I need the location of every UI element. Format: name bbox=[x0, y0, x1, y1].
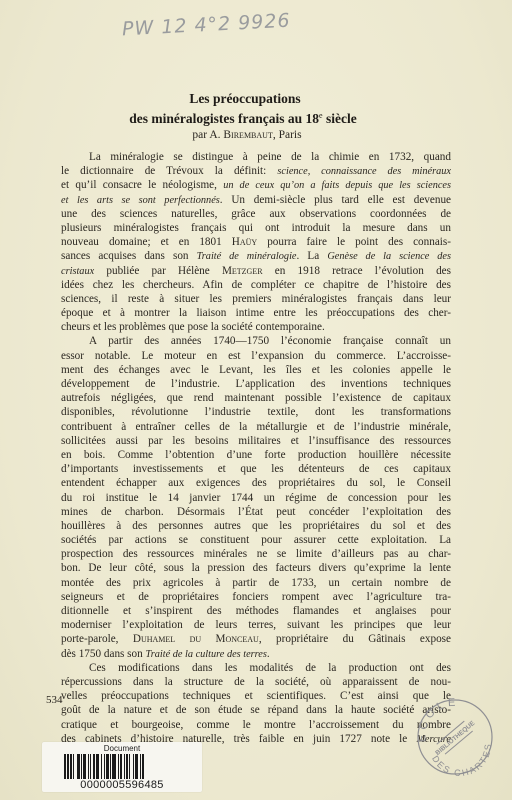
text-line: entendent échapper aux exigences des pro… bbox=[61, 476, 451, 490]
text-segment: le dictionnaire de Trévoux la définit: bbox=[61, 165, 277, 177]
title-text-suffix: siècle bbox=[323, 111, 357, 126]
handwritten-shelfmark: PW 12 4°2 9926 bbox=[122, 10, 291, 41]
text-line: porte-parole, Duhamel du Monceau, propri… bbox=[61, 632, 451, 646]
text-line: idées chez les chercheurs. Afin de compl… bbox=[61, 278, 451, 292]
text-line: houillères à des personnes autres que le… bbox=[61, 519, 451, 533]
text-line: essor notable. Le moteur en est l’expans… bbox=[61, 349, 451, 363]
text-segment: disponibles, révolutionne l’industrie te… bbox=[61, 406, 451, 418]
text-segment: houillères à des personnes autres que le… bbox=[61, 520, 451, 532]
small-caps-name: Haüy bbox=[232, 236, 257, 248]
text-line: répercussions dans la structure de la so… bbox=[61, 675, 451, 689]
barcode-label: Document bbox=[42, 744, 202, 753]
text-line: cheurs et les problèmes que pose la soci… bbox=[61, 320, 451, 334]
italic-text: cristaux bbox=[61, 266, 94, 277]
library-stamp-icon: ECOLE DES CHARTES BIBLIOTHEQUE bbox=[414, 696, 496, 778]
page-number: 534 bbox=[46, 694, 63, 706]
text-line: d’importants investissements et que les … bbox=[61, 462, 451, 476]
text-line: bon. De leur côté, sous la pression des … bbox=[61, 561, 451, 575]
text-segment: sciences, il reste à situer les premiers… bbox=[61, 293, 451, 305]
text-segment: pourra faire le point des connais- bbox=[257, 236, 451, 248]
author-byline: par A. Birembaut, Paris bbox=[0, 129, 503, 141]
text-segment: bon. De leur côté, sous la pression des … bbox=[61, 562, 451, 574]
text-segment: répercussions dans la structure de la so… bbox=[61, 676, 451, 688]
text-line: époque et à montrer la liaison intime en… bbox=[61, 306, 451, 320]
text-segment: . bbox=[267, 648, 270, 660]
article-title-line1: Les préoccupations bbox=[0, 90, 501, 107]
text-line: A partir des années 1740—1750 l’économie… bbox=[61, 334, 451, 348]
text-line: autrefois négligées, que rend maintenant… bbox=[61, 391, 451, 405]
text-segment: sollicitées aussi par les besoins milita… bbox=[61, 435, 451, 447]
text-segment: entendent échapper aux exigences des pro… bbox=[61, 477, 451, 489]
text-segment: et qu’il consacre le néologisme, bbox=[61, 179, 223, 191]
text-segment: en bois. Comme l’obtention d’une forte p… bbox=[61, 449, 451, 461]
text-segment: contribuent à entraîner celles de la mét… bbox=[61, 421, 451, 433]
text-segment: Ces modifications dans les modalités de … bbox=[89, 662, 451, 674]
text-line: développement de l’industrie. L’applicat… bbox=[61, 377, 451, 391]
text-line: moderniser l’exploitation de leurs terre… bbox=[61, 618, 451, 632]
text-line: ditionnelle et s’inspirent des méthodes … bbox=[61, 604, 451, 618]
text-line: mines de charbon. Désormais l’État peut … bbox=[61, 505, 451, 519]
text-segment: sociétés par actions se constituent pour… bbox=[61, 534, 451, 546]
italic-text: science, connaissance des minéraux bbox=[277, 166, 451, 177]
text-line: et qu’il consacre le néologisme, un de c… bbox=[61, 178, 451, 192]
text-segment: autrefois négligées, que rend maintenant… bbox=[61, 392, 451, 404]
stamp-center-text: BIBLIOTHEQUE bbox=[434, 719, 477, 756]
text-segment: La minéralogie se distingue à peine de l… bbox=[89, 151, 451, 163]
text-segment: développement de l’industrie. L’applicat… bbox=[61, 378, 451, 390]
text-line: sances acquises dans son Traité de minér… bbox=[61, 249, 451, 263]
title-text: des minéralogistes français au 18 bbox=[129, 111, 319, 126]
text-line: sociétés par actions se constituent pour… bbox=[61, 533, 451, 547]
text-line: Ces modifications dans les modalités de … bbox=[61, 661, 451, 675]
text-segment: publiée par Hélène bbox=[94, 265, 222, 277]
small-caps-name: Duhamel du Monceau bbox=[133, 633, 259, 645]
text-segment: d’importants investissements et que les … bbox=[61, 463, 451, 475]
text-segment: montée des prix agricoles à partir de 17… bbox=[61, 577, 451, 589]
text-line: velles préoccupations techniques et scie… bbox=[61, 689, 451, 703]
italic-text: Traité de la culture des terres bbox=[146, 649, 267, 660]
byline-prefix: par A. bbox=[192, 129, 223, 141]
text-line: sciences, il reste à situer les premiers… bbox=[61, 292, 451, 306]
small-caps-name: Metzger bbox=[222, 265, 263, 277]
text-segment: A partir des années 1740—1750 l’économie… bbox=[89, 335, 451, 347]
text-line: disponibles, révolutionne l’industrie te… bbox=[61, 405, 451, 419]
italic-text: et les arts se sont perfectionnés bbox=[61, 195, 220, 206]
text-line: seigneurs et de propriétaires fonciers r… bbox=[61, 590, 451, 604]
italic-text: Traité de minéralogie bbox=[197, 251, 297, 262]
text-segment: porte-parole, bbox=[61, 633, 133, 645]
text-line: La minéralogie se distingue à peine de l… bbox=[61, 150, 451, 164]
text-line: montée des prix agricoles à partir de 17… bbox=[61, 576, 451, 590]
text-line: et les arts se sont perfectionnés. Un de… bbox=[61, 193, 451, 207]
text-line: du roi institue le 14 janvier 1744 un ré… bbox=[61, 491, 451, 505]
text-segment: cheurs et les problèmes que pose la soci… bbox=[61, 321, 325, 333]
text-line: contribuent à entraîner celles de la mét… bbox=[61, 420, 451, 434]
text-segment: velles préoccupations techniques et scie… bbox=[61, 690, 451, 702]
author-name: Birembaut bbox=[223, 129, 272, 141]
text-segment: nouveau domaine; et en 1801 bbox=[61, 236, 232, 248]
text-segment: époque et à montrer la liaison intime en… bbox=[61, 307, 451, 319]
text-line: cratique et bourgeoise, comme le montre … bbox=[61, 718, 451, 732]
text-segment: cratique et bourgeoise, comme le montre … bbox=[61, 719, 451, 731]
text-line: dès 1750 dans son Traité de la culture d… bbox=[61, 647, 451, 661]
text-segment: du roi institue le 14 janvier 1744 un ré… bbox=[61, 492, 451, 504]
text-segment: . Un demi-siècle plus tard elle est deve… bbox=[220, 194, 451, 206]
italic-text: un de ceux qu’on a faits depuis que les … bbox=[223, 180, 451, 191]
barcode-icon bbox=[64, 754, 180, 779]
byline-location: , Paris bbox=[273, 129, 302, 141]
text-segment: , propriétaire du Gâtinais expose bbox=[259, 633, 451, 645]
text-segment: une des sciences naturelles, grâce aux o… bbox=[61, 208, 451, 220]
article-body: La minéralogie se distingue à peine de l… bbox=[61, 150, 451, 746]
text-segment: en 1918 retrace l’évolution des bbox=[263, 265, 451, 277]
text-segment: plusieurs minéralogistes français qui on… bbox=[61, 222, 451, 234]
barcode-sticker: Document 0000005596485 bbox=[42, 742, 202, 792]
barcode-number: 0000005596485 bbox=[42, 779, 202, 791]
text-segment: . La bbox=[297, 250, 328, 262]
text-line: en bois. Comme l’obtention d’une forte p… bbox=[61, 448, 451, 462]
text-line: une des sciences naturelles, grâce aux o… bbox=[61, 207, 451, 221]
text-segment: dès 1750 dans son bbox=[61, 648, 146, 660]
text-line: le dictionnaire de Trévoux la définit: s… bbox=[61, 164, 451, 178]
text-line: prospection des ressources minérales ne … bbox=[61, 547, 451, 561]
text-line: plusieurs minéralogistes français qui on… bbox=[61, 221, 451, 235]
text-segment: sances acquises dans son bbox=[61, 250, 197, 262]
text-line: ment des échanges avec le Levant, les îl… bbox=[61, 363, 451, 377]
text-segment: moderniser l’exploitation de leurs terre… bbox=[61, 619, 451, 631]
article-title-line2: des minéralogistes français au 18e siècl… bbox=[0, 107, 499, 127]
text-segment: mines de charbon. Désormais l’État peut … bbox=[61, 506, 451, 518]
text-line: nouveau domaine; et en 1801 Haüy pourra … bbox=[61, 235, 451, 249]
text-segment: idées chez les chercheurs. Afin de compl… bbox=[61, 279, 451, 291]
text-segment: essor notable. Le moteur en est l’expans… bbox=[61, 350, 451, 362]
text-segment: ment des échanges avec le Levant, les îl… bbox=[61, 364, 451, 376]
text-line: cristaux publiée par Hélène Metzger en 1… bbox=[61, 264, 451, 278]
text-line: sollicitées aussi par les besoins milita… bbox=[61, 434, 451, 448]
document-page: PW 12 4°2 9926 Les préoccupations des mi… bbox=[0, 0, 512, 800]
text-segment: seigneurs et de propriétaires fonciers r… bbox=[61, 591, 451, 603]
italic-text: Genèse de la science des bbox=[327, 251, 451, 262]
text-segment: goût de la nature et de son étude se rép… bbox=[61, 704, 451, 716]
text-line: goût de la nature et de son étude se rép… bbox=[61, 703, 451, 717]
text-segment: ditionnelle et s’inspirent des méthodes … bbox=[61, 605, 451, 617]
text-segment: prospection des ressources minérales ne … bbox=[61, 548, 451, 560]
